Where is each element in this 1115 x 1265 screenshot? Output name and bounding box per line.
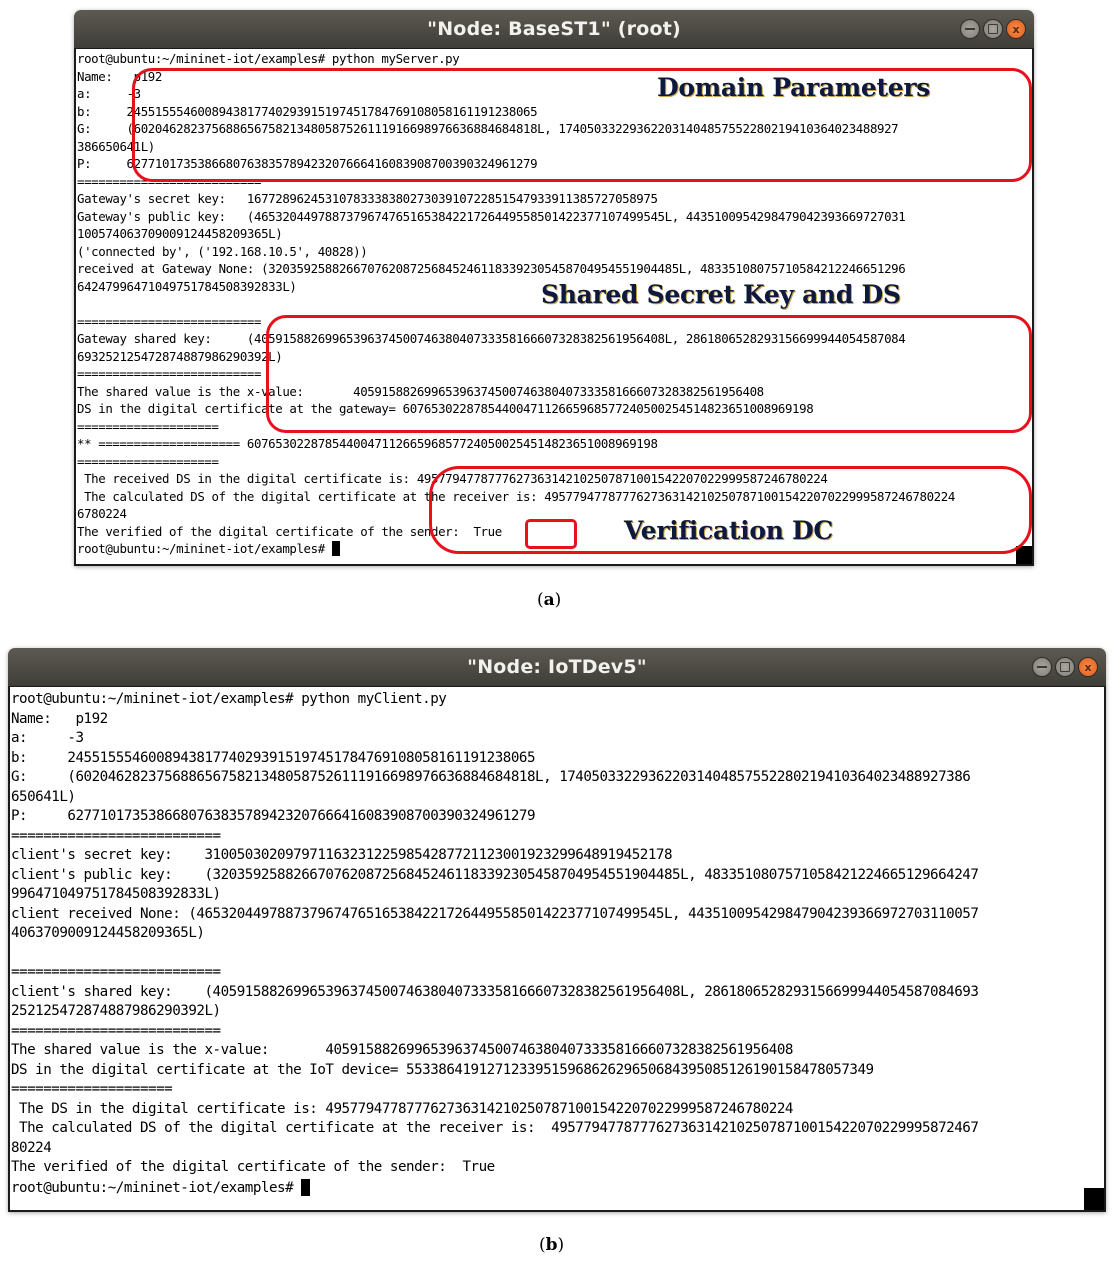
terminal-line: ========================== bbox=[77, 366, 261, 381]
terminal-line: client's shared key: (405915882699653963… bbox=[11, 984, 978, 1000]
title-bar[interactable]: "Node: IoTDev5" x bbox=[8, 648, 1106, 686]
annotation-shared-secret: Shared Secret Key and DS bbox=[541, 280, 901, 309]
terminal-line: DS in the digital certificate at the IoT… bbox=[11, 1062, 874, 1078]
figure-caption-a: (a) bbox=[537, 590, 561, 610]
terminal-line: The DS in the digital certificate is: 49… bbox=[11, 1101, 793, 1117]
window-title: "Node: IoTDev5" bbox=[8, 648, 1106, 686]
terminal-line: client received None: (46532044978873796… bbox=[11, 906, 978, 922]
terminal-line: The shared value is the x-value: 4059158… bbox=[11, 1042, 793, 1058]
terminal-line: root@ubuntu:~/mininet-iot/examples# bbox=[11, 1179, 310, 1196]
terminal-line: 64247996471049751784508392833L) bbox=[77, 279, 296, 294]
scrollbar-corner[interactable] bbox=[1084, 1188, 1104, 1210]
close-icon: x bbox=[1012, 23, 1019, 36]
minimize-icon bbox=[1037, 666, 1047, 668]
terminal-line: root@ubuntu:~/mininet-iot/examples# pyth… bbox=[77, 51, 459, 66]
highlight-shared-key bbox=[266, 315, 1032, 433]
annotation-verification-dc: Verification DC bbox=[624, 516, 833, 545]
close-button[interactable]: x bbox=[1006, 19, 1026, 39]
terminal-line: ========================== bbox=[11, 1023, 221, 1039]
terminal-window-basest1: "Node: BaseST1" (root) x root@ubuntu:~/m… bbox=[74, 10, 1034, 566]
terminal-line: ** ==================== 6076530228785440… bbox=[77, 436, 658, 451]
maximize-button[interactable] bbox=[1055, 657, 1075, 677]
minimize-button[interactable] bbox=[960, 19, 980, 39]
text-cursor bbox=[332, 541, 340, 556]
terminal-line: ==================== bbox=[11, 1081, 172, 1097]
terminal-line: ========================== bbox=[77, 314, 261, 329]
minimize-button[interactable] bbox=[1032, 657, 1052, 677]
title-bar[interactable]: "Node: BaseST1" (root) x bbox=[74, 10, 1034, 48]
terminal-output[interactable]: root@ubuntu:~/mininet-iot/examples# pyth… bbox=[8, 686, 1106, 1212]
maximize-icon bbox=[988, 24, 998, 34]
terminal-line: Name: p192 bbox=[11, 711, 108, 727]
text-cursor bbox=[301, 1179, 310, 1196]
figure-caption-b: (b) bbox=[539, 1235, 564, 1255]
terminal-line: ========================== bbox=[11, 828, 221, 844]
terminal-line: Gateway's secret key: 167728962453107833… bbox=[77, 191, 658, 206]
terminal-line: 252125472874887986290392L) bbox=[11, 1003, 221, 1019]
terminal-line: root@ubuntu:~/mininet-iot/examples# bbox=[77, 541, 340, 556]
maximize-icon bbox=[1060, 662, 1070, 672]
terminal-line: ('connected by', ('192.168.10.5', 40828)… bbox=[77, 244, 367, 259]
window-title: "Node: BaseST1" (root) bbox=[74, 10, 1034, 48]
terminal-line: 6780224 bbox=[77, 506, 127, 521]
terminal-line: G: (602046282375688656758213480587526111… bbox=[11, 769, 970, 785]
terminal-line: ==================== bbox=[77, 454, 219, 469]
terminal-line: b: 2455155546008943817740293915197451784… bbox=[11, 750, 535, 766]
terminal-line: root@ubuntu:~/mininet-iot/examples# pyth… bbox=[11, 691, 446, 707]
terminal-line: 996471049751784508392833L) bbox=[11, 886, 221, 902]
terminal-line: ==================== bbox=[77, 419, 219, 434]
close-icon: x bbox=[1084, 661, 1091, 674]
terminal-line: 100574063709009124458209365L) bbox=[77, 226, 282, 241]
minimize-icon bbox=[965, 28, 975, 30]
terminal-line: a: -3 bbox=[11, 730, 84, 746]
maximize-button[interactable] bbox=[983, 19, 1003, 39]
terminal-line: 693252125472874887986290392L) bbox=[77, 349, 282, 364]
terminal-line: client's public key: (320359258826670762… bbox=[11, 867, 978, 883]
terminal-line: P: 6277101735386680763835789423207666416… bbox=[11, 808, 535, 824]
terminal-line: client's secret key: 3100503020979711632… bbox=[11, 847, 672, 863]
highlight-true-value bbox=[525, 519, 577, 549]
close-button[interactable]: x bbox=[1078, 657, 1098, 677]
terminal-line: Gateway's public key: (46532044978873796… bbox=[77, 209, 905, 224]
annotation-domain-parameters: Domain Parameters bbox=[657, 73, 930, 102]
terminal-line: The verified of the digital certificate … bbox=[11, 1159, 495, 1175]
terminal-line: received at Gateway None: (3203592588266… bbox=[77, 261, 905, 276]
terminal-line: The calculated DS of the digital certifi… bbox=[11, 1120, 978, 1136]
terminal-line: 80224 bbox=[11, 1140, 51, 1156]
terminal-line: 4063709009124458209365L) bbox=[11, 925, 204, 941]
terminal-window-iotdev5: "Node: IoTDev5" x root@ubuntu:~/mininet-… bbox=[8, 648, 1106, 1212]
terminal-line: 650641L) bbox=[11, 789, 76, 805]
terminal-line: ========================== bbox=[11, 964, 221, 980]
